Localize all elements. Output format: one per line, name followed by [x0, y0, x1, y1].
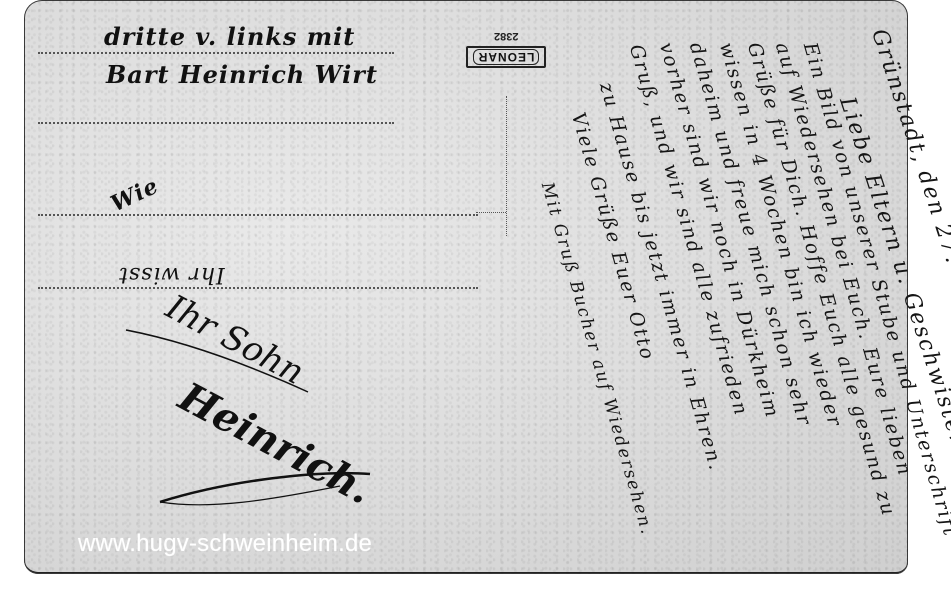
signature-underline	[118, 320, 318, 410]
address-text-line-2: Bart Heinrich Wirt	[106, 60, 378, 89]
address-line-4	[38, 287, 478, 289]
divider-line	[506, 96, 507, 236]
address-text-line-1: dritte v. links mit	[104, 22, 355, 51]
address-line-3	[38, 214, 478, 216]
address-line-1	[38, 52, 394, 54]
address-line-2	[38, 122, 394, 124]
divider-stub	[476, 212, 506, 213]
stamp-box: LEONAR	[466, 46, 546, 68]
watermark: www.hugv-schweinheim.de	[78, 530, 372, 558]
stamp-number: 2382	[494, 30, 518, 42]
address-text-extra: Ihr wisst	[118, 262, 225, 287]
signature-flourish	[150, 440, 390, 520]
stamp-brand: LEONAR	[473, 49, 540, 65]
